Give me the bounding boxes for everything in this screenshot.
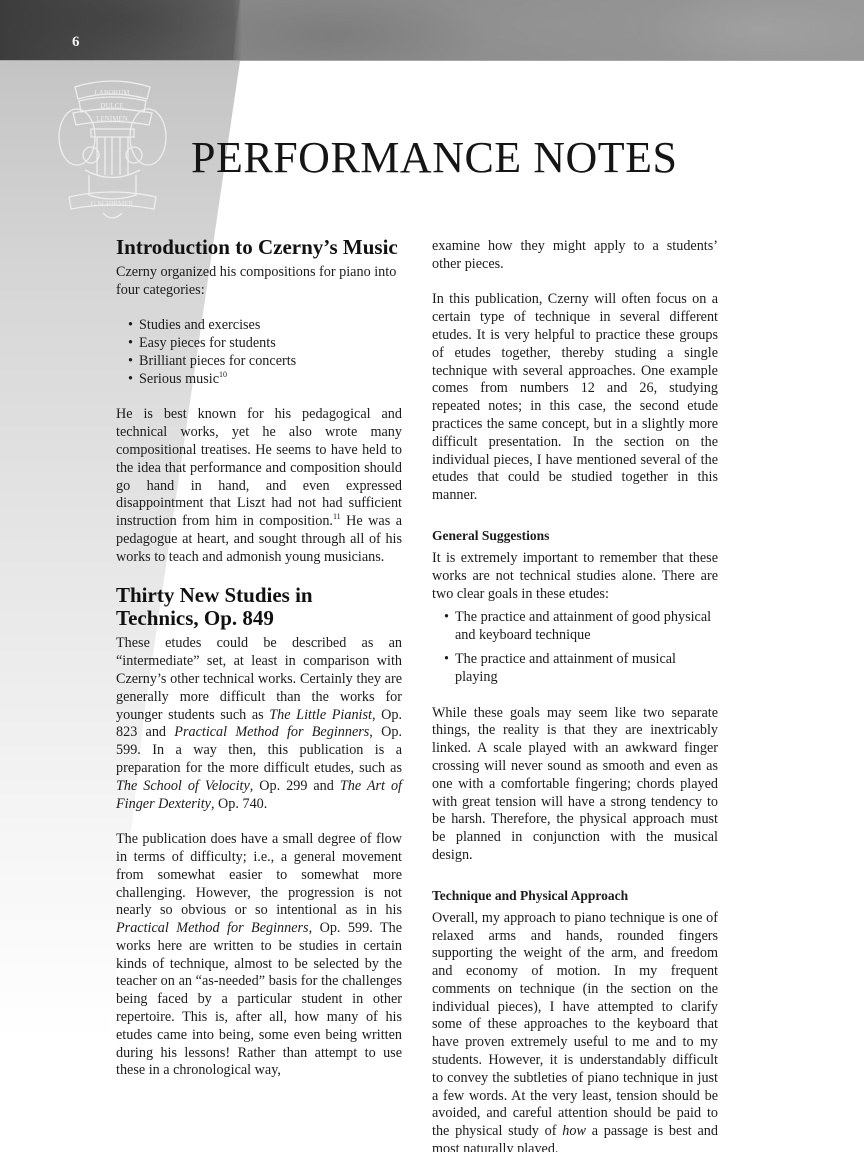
header-banner: 6 bbox=[0, 0, 864, 61]
op849-paragraph-1: These etudes could be described as an “i… bbox=[116, 635, 402, 813]
footnote-ref: 11 bbox=[333, 512, 341, 521]
general-lead: It is extremely important to remember th… bbox=[432, 550, 718, 603]
g-schirmer-crest-icon: LABORUM DULCE LENIMEN G.SCHIRMER bbox=[55, 75, 170, 225]
list-item: Easy pieces for students bbox=[128, 335, 402, 353]
general-suggestions-heading: General Suggestions bbox=[432, 527, 718, 544]
groups-paragraph: In this publication, Czerny will often f… bbox=[432, 291, 718, 505]
intro-lead: Czerny organized his compositions for pi… bbox=[116, 264, 402, 300]
list-item: Studies and exercises bbox=[128, 317, 402, 335]
page-title: PERFORMANCE NOTES bbox=[191, 132, 677, 183]
technique-paragraph: Overall, my approach to piano technique … bbox=[432, 910, 718, 1152]
categories-list: Studies and exercises Easy pieces for st… bbox=[116, 317, 402, 388]
crest-banner-bottom: G.SCHIRMER bbox=[91, 200, 134, 208]
crest-banner-1: LABORUM bbox=[94, 89, 130, 97]
intro-heading: Introduction to Czerny’s Music bbox=[116, 236, 402, 259]
goals-list: The practice and attainment of good phys… bbox=[432, 609, 718, 686]
continuation-paragraph: examine how they might apply to a studen… bbox=[432, 238, 718, 274]
technique-heading: Technique and Physical Approach bbox=[432, 887, 718, 904]
intro-paragraph: He is best known for his pedagogical and… bbox=[116, 406, 402, 566]
left-column: Introduction to Czerny’s Music Czerny or… bbox=[116, 236, 402, 1080]
right-column: examine how they might apply to a studen… bbox=[432, 238, 718, 1152]
goals-paragraph: While these goals may seem like two sepa… bbox=[432, 705, 718, 865]
crest-banner-2: DULCE bbox=[100, 102, 123, 110]
list-item: The practice and attainment of musical p… bbox=[444, 651, 718, 687]
op849-heading: Thirty New Studies in Technics, Op. 849 bbox=[116, 584, 336, 630]
list-item: Brilliant pieces for concerts bbox=[128, 353, 402, 371]
list-item: Serious music10 bbox=[128, 371, 402, 389]
footnote-ref: 10 bbox=[219, 370, 227, 379]
page-number: 6 bbox=[72, 34, 80, 51]
crest-banner-3: LENIMEN bbox=[96, 115, 128, 123]
list-item: The practice and attainment of good phys… bbox=[444, 609, 718, 645]
op849-paragraph-2: The publication does have a small degree… bbox=[116, 831, 402, 1080]
header-dark-overlay bbox=[0, 0, 240, 60]
